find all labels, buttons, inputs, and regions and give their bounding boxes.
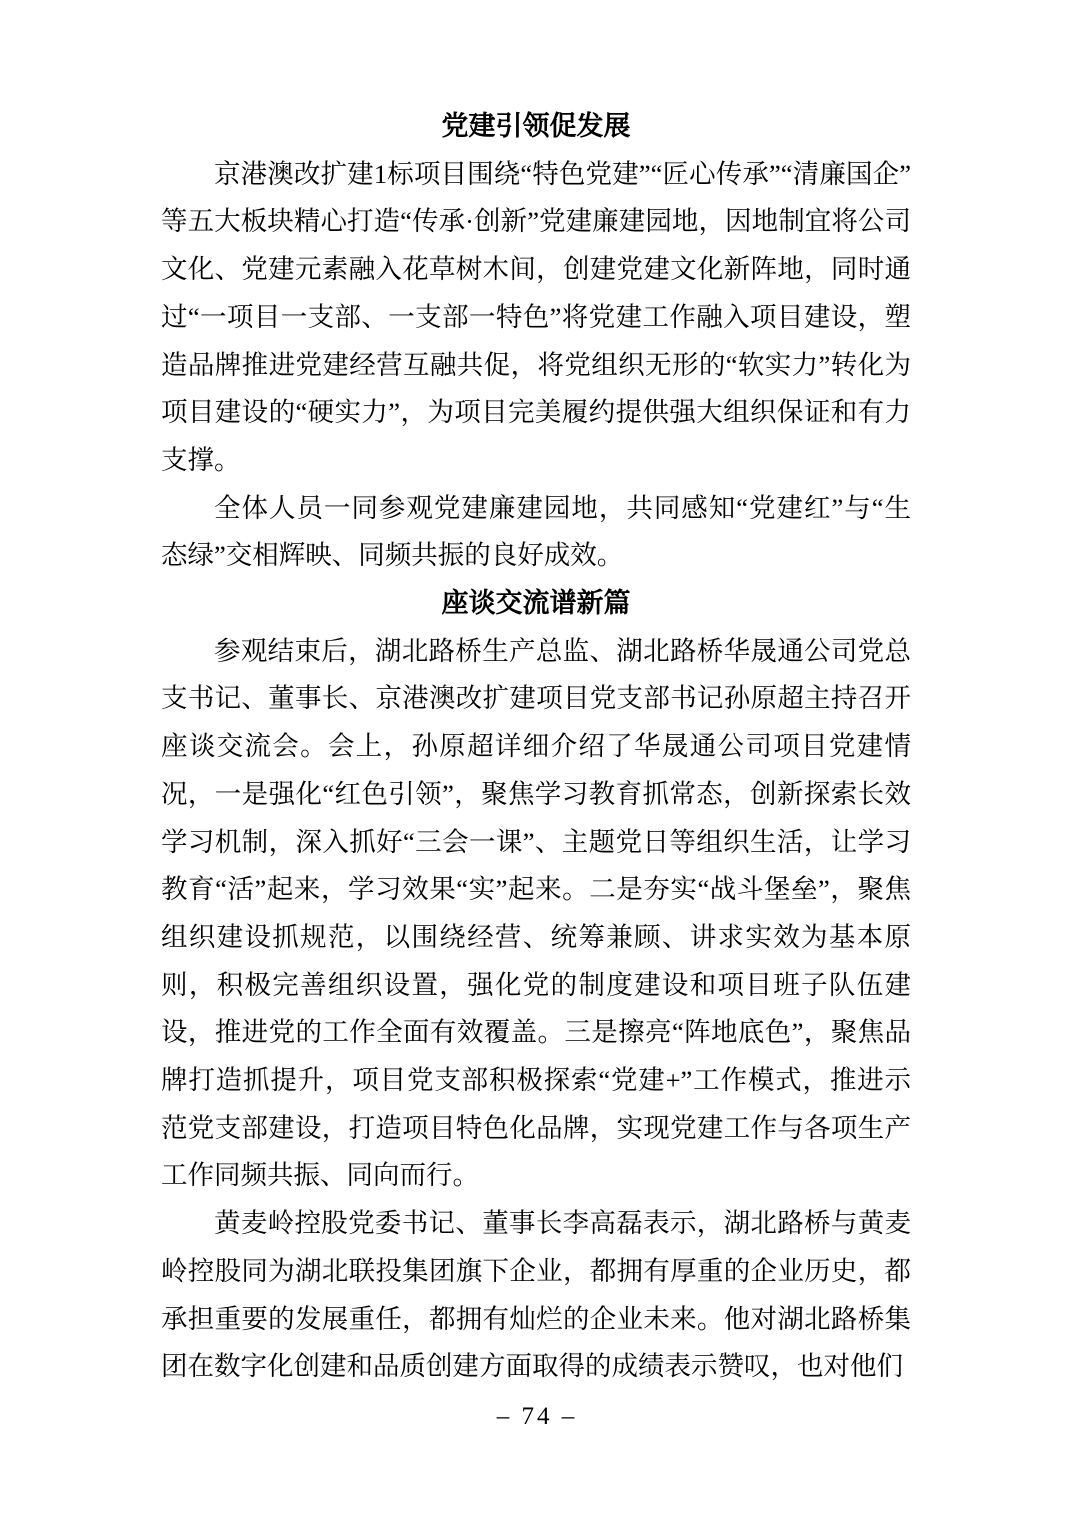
paragraph-garden-visit: 全体人员一同参观党建廉建园地，共同感知“党建红”与“生态绿”交相辉映、同频共振的…: [161, 485, 911, 580]
paragraph-chairman-remarks: 黄麦岭控股党委书记、董事长李高磊表示，湖北路桥与黄麦岭控股同为湖北联投集团旗下企…: [161, 1200, 911, 1391]
section-heading-symposium: 座谈交流谱新篇: [161, 580, 911, 628]
paragraph-symposium-briefing: 参观结束后，湖北路桥生产总监、湖北路桥华晟通公司党总支书记、董事长、京港澳改扩建…: [161, 628, 911, 1200]
document-content: 党建引领促发展 京港澳改扩建1标项目围绕“特色党建”“匠心传承”“清廉国企”等五…: [161, 103, 911, 1391]
document-page: 党建引领促发展 京港澳改扩建1标项目围绕“特色党建”“匠心传承”“清廉国企”等五…: [0, 0, 1074, 1520]
section-heading-party-building: 党建引领促发展: [161, 103, 911, 151]
page-number: – 74 –: [0, 1402, 1074, 1432]
paragraph-party-building-garden: 京港澳改扩建1标项目围绕“特色党建”“匠心传承”“清廉国企”等五大板块精心打造“…: [161, 151, 911, 485]
